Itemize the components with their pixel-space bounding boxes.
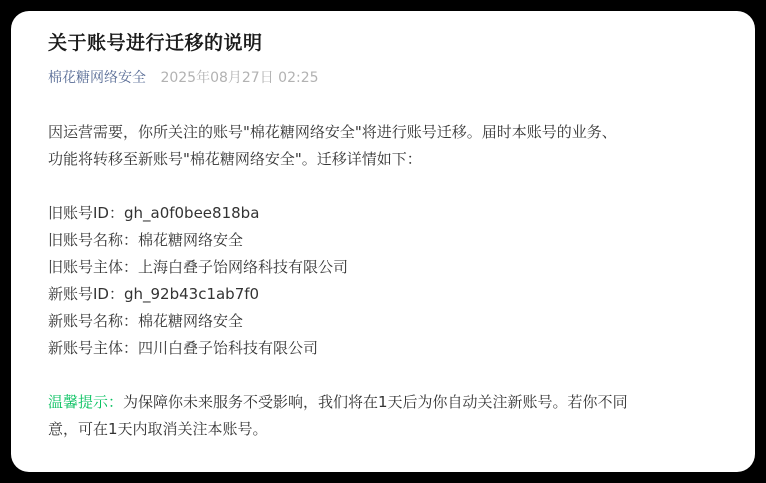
old-account-id: 旧账号ID：gh_a0f0bee818ba: [48, 200, 728, 227]
new-account-id: 新账号ID：gh_92b43c1ab7f0: [48, 281, 728, 308]
old-account-entity: 旧账号主体：上海白叠子饴网络科技有限公司: [48, 254, 728, 281]
article-body: 因运营需要，你所关注的账号"棉花糖网络安全"将进行账号迁移。届时本账号的业务、 …: [48, 119, 728, 443]
publish-time: 2025年08月27日 02:25: [160, 70, 318, 86]
article-meta: 棉花糖网络安全 2025年08月27日 02:25: [48, 67, 319, 87]
intro-line-1: 因运营需要，你所关注的账号"棉花糖网络安全"将进行账号迁移。届时本账号的业务、: [48, 119, 728, 146]
new-account-name: 新账号名称：棉花糖网络安全: [48, 308, 728, 335]
tip-line-1: 为保障你未来服务不受影响，我们将在1天后为你自动关注新账号。若你不同: [123, 393, 628, 411]
tip-line-2: 意，可在1天内取消关注本账号。: [48, 416, 728, 443]
tip-paragraph: 温馨提示：为保障你未来服务不受影响，我们将在1天后为你自动关注新账号。若你不同: [48, 389, 728, 416]
intro-line-2: 功能将转移至新账号"棉花糖网络安全"。迁移详情如下：: [48, 146, 728, 173]
tip-label: 温馨提示：: [48, 393, 123, 411]
old-account-name: 旧账号名称：棉花糖网络安全: [48, 227, 728, 254]
article-card: 关于账号进行迁移的说明 棉花糖网络安全 2025年08月27日 02:25 因运…: [11, 11, 755, 472]
new-account-entity: 新账号主体：四川白叠子饴科技有限公司: [48, 335, 728, 362]
article-title: 关于账号进行迁移的说明: [48, 28, 263, 55]
author-link[interactable]: 棉花糖网络安全: [48, 70, 146, 86]
